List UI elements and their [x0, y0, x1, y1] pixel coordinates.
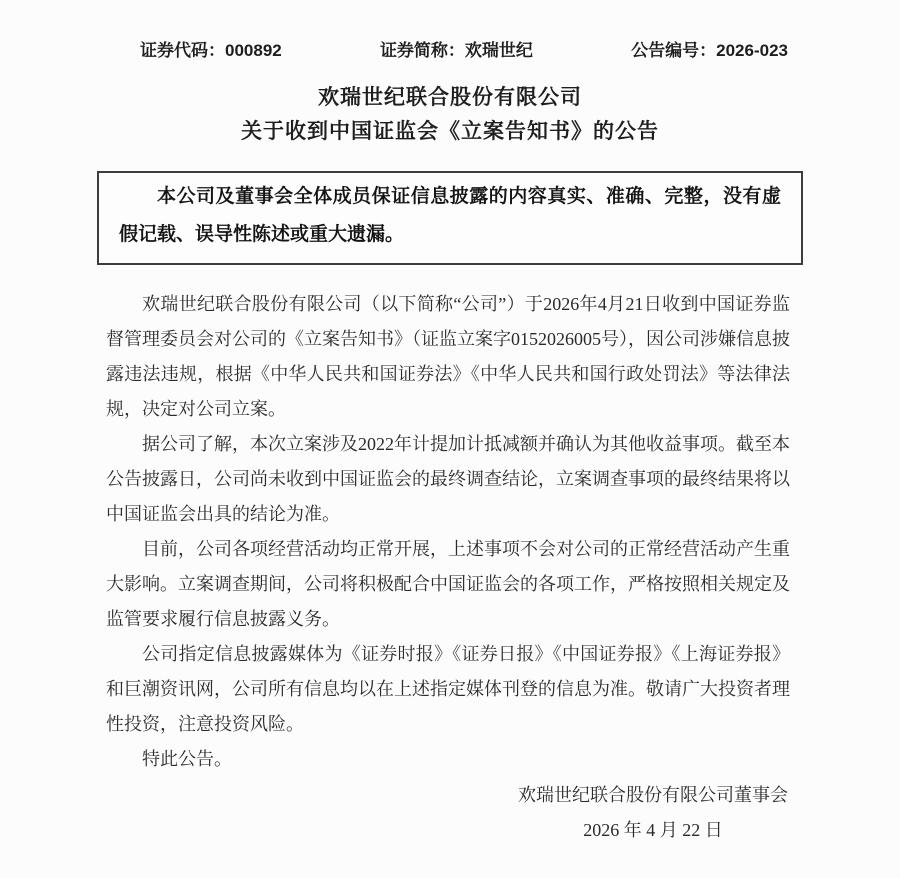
body-paragraph: 公司指定信息披露媒体为《证券时报》《证券日报》《中国证券报》《上海证券报》和巨潮…: [106, 637, 790, 742]
signature-date: 2026 年 4 月 22 日: [518, 813, 788, 848]
declaration-box: 本公司及董事会全体成员保证信息披露的内容真实、准确、完整，没有虚假记载、误导性陈…: [97, 171, 803, 265]
body-paragraph: 目前，公司各项经营活动均正常开展，上述事项不会对公司的正常经营活动产生重大影响。…: [106, 532, 790, 637]
notice-number: 公告编号：2026-023: [631, 36, 788, 61]
signature-block: 欢瑞世纪联合股份有限公司董事会 2026 年 4 月 22 日: [0, 778, 788, 848]
document-header: 证券代码：000892 证券简称：欢瑞世纪 公告编号：2026-023: [140, 36, 788, 61]
declaration-text: 本公司及董事会全体成员保证信息披露的内容真实、准确、完整，没有虚假记载、误导性陈…: [119, 178, 781, 254]
body-paragraph: 特此公告。: [106, 742, 790, 777]
signature-company: 欢瑞世纪联合股份有限公司董事会: [518, 778, 788, 813]
body-paragraph: 欢瑞世纪联合股份有限公司（以下简称“公司”）于2026年4月21日收到中国证券监…: [106, 287, 790, 427]
announcement-title: 关于收到中国证监会《立案告知书》的公告: [0, 115, 900, 145]
company-title: 欢瑞世纪联合股份有限公司: [0, 81, 900, 111]
announcement-body: 欢瑞世纪联合股份有限公司（以下简称“公司”）于2026年4月21日收到中国证券监…: [106, 287, 790, 777]
signature-inner: 欢瑞世纪联合股份有限公司董事会 2026 年 4 月 22 日: [518, 778, 788, 848]
body-paragraph: 据公司了解，本次立案涉及2022年计提加计抵减额并确认为其他收益事项。截至本公告…: [106, 427, 790, 532]
stock-name: 证券简称：欢瑞世纪: [380, 36, 533, 61]
stock-code: 证券代码：000892: [140, 36, 282, 61]
announcement-document: 证券代码：000892 证券简称：欢瑞世纪 公告编号：2026-023 欢瑞世纪…: [0, 0, 900, 878]
